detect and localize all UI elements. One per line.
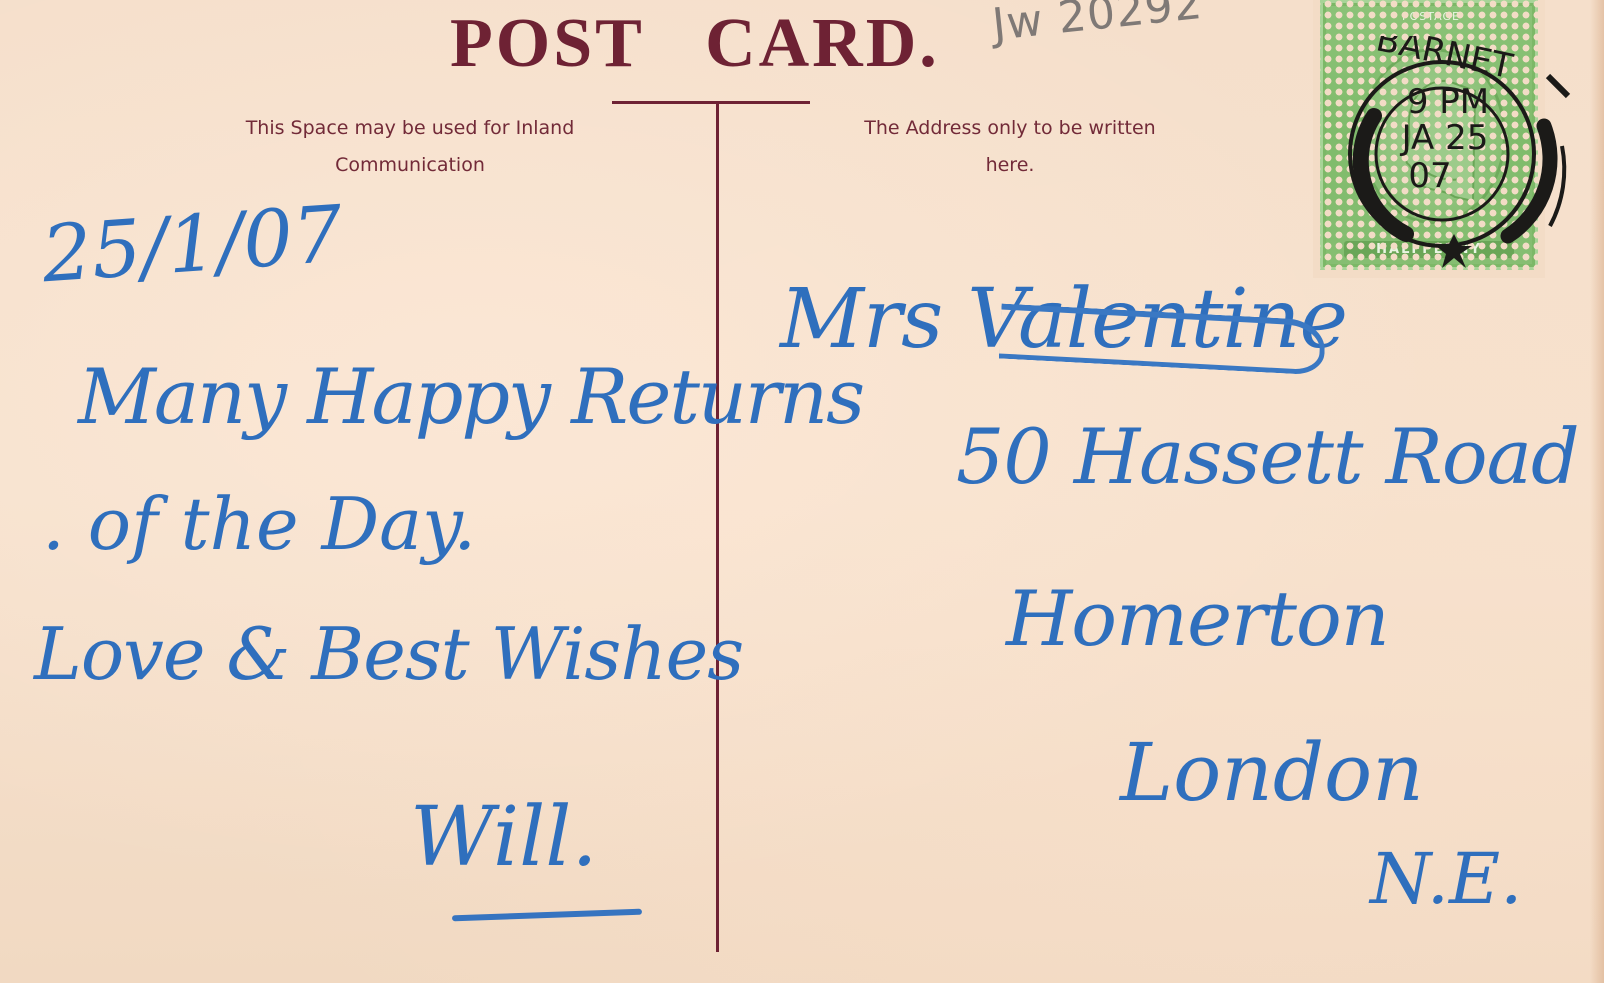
postmark-year: 07 [1380,158,1480,194]
postmark-date: JA 25 [1360,120,1530,156]
stamp-top-label: POSTAGE [1356,10,1506,23]
message-area-instruction: This Space may be used for Inland Commun… [170,110,650,184]
post-card-heading: POST CARD. [450,4,940,84]
handwritten-date: 25/1/07 [39,190,345,301]
postmark-time: 9 PM [1368,84,1528,120]
address-district: Homerton [1006,574,1389,663]
postcard-back: POST CARD. Jw 20292 This Space may be us… [0,0,1604,983]
heading-rule [612,101,810,104]
stamp-value-label: HALFPENNY [1344,241,1514,258]
signature: Will. [410,790,598,885]
center-divider [716,104,719,952]
card-edge-stain [1590,0,1604,983]
message-line-greeting: Many Happy Returns [78,352,863,441]
address-area-instruction: The Address only to be written here. [800,110,1220,184]
instruction-line: Communication [170,147,650,184]
instruction-line: here. [800,147,1220,184]
message-line-day: . of the Day. [42,482,476,566]
instruction-line: The Address only to be written [800,110,1220,147]
message-line-wishes: Love & Best Wishes [34,612,743,696]
instruction-line: This Space may be used for Inland [170,110,650,147]
address-city: London [1120,726,1424,819]
signature-underline [452,909,642,922]
address-street: 50 Hassett Road [956,412,1579,501]
pencil-inventory-note: Jw 20292 [990,0,1205,51]
address-postal-district: N.E. [1370,838,1522,920]
